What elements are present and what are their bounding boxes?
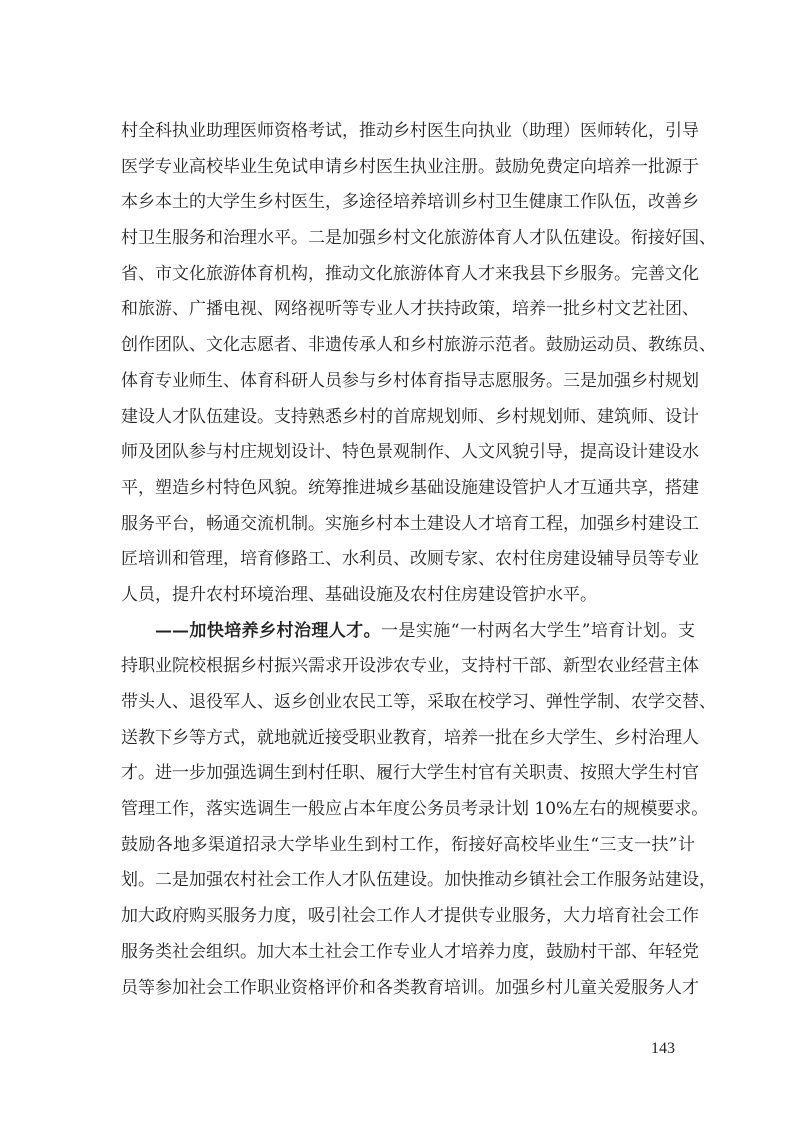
text-line: 本乡本土的大学生乡村医生，多途径培养培训乡村卫生健康工作队伍，改善乡 [121,185,695,221]
text-line: 划。二是加强农村社会工作人才队伍建设。加快推动乡镇社会工作服务站建设， [121,863,695,899]
section-first-line-text: 一是实施“一村两名大学生”培育计划。支 [381,621,695,641]
text-line: 送教下乡等方式，就地就近接受职业教育，培养一批在乡大学生、乡村治理人 [121,721,695,757]
text-line: 师及团队参与村庄规划设计、特色景观制作、人文风貌引导，提高设计建设水 [121,435,695,471]
section-heading: ——加快培养乡村治理人才。 [155,621,381,641]
text-line: 持职业院校根据乡村振兴需求开设涉农专业，支持村干部、新型农业经营主体 [121,649,695,685]
page-number: 143 [651,1040,675,1058]
text-line: 和旅游、广播电视、网络视听等专业人才扶持政策，培养一批乡村文艺社团、 [121,292,695,328]
text-line: 人员，提升农村环境治理、基础设施及农村住房建设管护水平。 [121,578,695,614]
text-line: 管理工作，落实选调生一般应占本年度公务员考录计划 10%左右的规模要求。 [121,792,695,828]
text-line: 鼓励各地多渠道招录大学毕业生到村工作，衔接好高校毕业生“三支一扶”计 [121,828,695,864]
document-page: 村全科执业助理医师资格考试，推动乡村医生向执业（助理）医师转化，引导 医学专业高… [0,0,793,1122]
text-line: 平，塑造乡村特色风貌。统筹推进城乡基础设施建设管护人才互通共享，搭建 [121,471,695,507]
section-first-line: ——加快培养乡村治理人才。一是实施“一村两名大学生”培育计划。支 [121,614,695,650]
text-line: 才。进一步加强选调生到村任职、履行大学生村官有关职责、按照大学生村官 [121,756,695,792]
text-line: 服务类社会组织。加大本土社会工作专业人才培养力度，鼓励村干部、年轻党 [121,935,695,971]
text-line: 创作团队、文化志愿者、非遗传承人和乡村旅游示范者。鼓励运动员、教练员、 [121,328,695,364]
text-line: 带头人、退役军人、返乡创业农民工等，采取在校学习、弹性学制、农学交替、 [121,685,695,721]
body-text: 村全科执业助理医师资格考试，推动乡村医生向执业（助理）医师转化，引导 医学专业高… [121,114,695,1006]
text-line: 建设人才队伍建设。支持熟悉乡村的首席规划师、乡村规划师、建筑师、设计 [121,400,695,436]
text-line: 服务平台，畅通交流机制。实施乡村本土建设人才培育工程，加强乡村建设工 [121,507,695,543]
text-line: 医学专业高校毕业生免试申请乡村医生执业注册。鼓励免费定向培养一批源于 [121,150,695,186]
text-line: 省、市文化旅游体育机构，推动文化旅游体育人才来我县下乡服务。完善文化 [121,257,695,293]
text-line: 匠培训和管理，培育修路工、水利员、改厕专家、农村住房建设辅导员等专业 [121,542,695,578]
text-line: 村全科执业助理医师资格考试，推动乡村医生向执业（助理）医师转化，引导 [121,114,695,150]
text-line: 加大政府购买服务力度，吸引社会工作人才提供专业服务，大力培育社会工作 [121,899,695,935]
text-line: 村卫生服务和治理水平。二是加强乡村文化旅游体育人才队伍建设。衔接好国、 [121,221,695,257]
text-line: 员等参加社会工作职业资格评价和各类教育培训。加强乡村儿童关爱服务人才 [121,971,695,1007]
text-line: 体育专业师生、体育科研人员参与乡村体育指导志愿服务。三是加强乡村规划 [121,364,695,400]
